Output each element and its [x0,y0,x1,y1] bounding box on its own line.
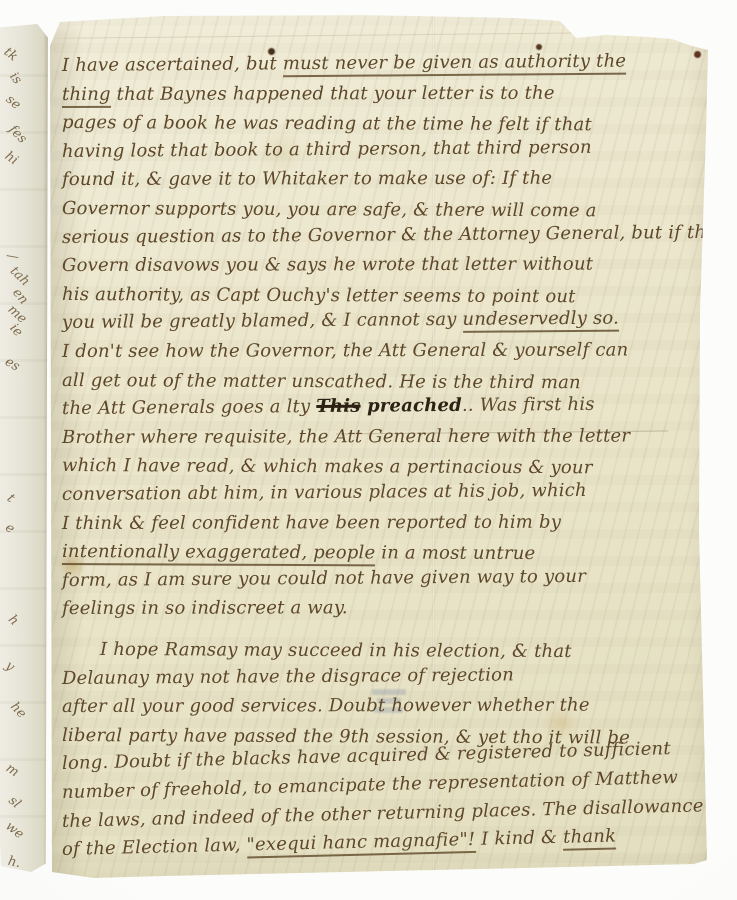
text-line: I have ascertained, but must never be gi… [62,52,626,77]
line-segment: This [316,396,360,417]
text-line: conversation abt him, in various places … [62,481,587,506]
line-segment: serious question as to the Governor & th… [62,221,717,247]
text-line: his authority, as Capt Ouchy's letter se… [62,285,576,308]
manuscript-scan: tkissefeshi—tahenmeieestehyhemslweh. I h… [0,0,737,900]
line-segment: after all your good services. Doubt howe… [62,695,590,717]
manuscript-page: I have ascertained, but must never be gi… [44,12,712,880]
line-segment: all get out of the matter unscathed. He … [62,370,581,393]
text-line: I don't see how the Governor, the Att Ge… [62,341,628,363]
line-segment: Delaunay may not have the disgrace of re… [62,664,514,689]
edge-fragment: tah [7,264,31,288]
text-line: serious question as to the Governor & th… [62,222,717,248]
text-line: Delaunay may not have the disgrace of re… [62,665,514,689]
line-segment: I hope Ramsay may succeed in his electio… [100,639,572,662]
line-segment: you will be greatly blamed, & I cannot s… [62,309,463,333]
edge-fragment: hi [2,150,20,168]
line-segment: .. Was first his [462,394,595,416]
line-segment: "exequi hanc magnafie"! [246,829,475,859]
edge-fragment: en [10,286,30,307]
line-segment: the Att Generals goes a lty [62,396,316,419]
text-line: form, as I am sure you could not have gi… [62,567,586,592]
line-segment: of the Election law, [62,835,247,861]
line-segment: in a most untrue [375,543,535,565]
text-line: the Att Generals goes a lty This preache… [62,395,595,420]
text-line: Brother where requisite, the Att General… [62,426,630,448]
line-segment: Brother where requisite, the Att General… [62,425,630,447]
text-line: which I have read, & which makes a perti… [62,456,593,479]
edge-fragment: y [3,659,17,674]
text-line: intentionally exaggerated, people in a m… [62,542,535,565]
text-line: all get out of the matter unscathed. He … [62,371,581,394]
line-segment: thing [62,83,111,107]
text-line: thing that Baynes happened that your let… [62,83,555,105]
text-line: I think & feel confident have been repor… [62,512,561,534]
edge-fragment: we [3,820,26,842]
line-segment: Govern disavows you & says he wrote that… [62,254,593,276]
edge-fragment: se [4,93,23,112]
line-segment: having lost that book to a third person,… [62,137,592,162]
line-segment: found it, & gave it to Whitaker to make … [62,168,552,190]
line-segment: Governor supports you, you are safe, & t… [62,198,597,221]
edge-fragment: he [8,700,28,721]
text-line: pages of a book he was reading at the ti… [62,113,592,136]
edge-fragment: — [5,249,20,264]
line-segment: conversation abt him, in various places … [62,480,587,505]
text-line: found it, & gave it to Whitaker to make … [62,169,552,191]
line-segment: which I have read, & which makes a perti… [62,455,593,478]
manuscript-lines: I have ascertained, but must never be gi… [44,12,712,880]
edge-fragment: sl [6,794,23,811]
line-segment: that Baynes happened that your letter is… [111,82,555,104]
text-line: I hope Ramsay may succeed in his electio… [100,640,572,663]
text-line: Governor supports you, you are safe, & t… [62,199,597,222]
line-segment: I think & feel confident have been repor… [62,511,561,533]
edge-fragment: fes [6,123,29,146]
edge-fragment: es [3,355,22,373]
line-segment: form, as I am sure you could not have gi… [62,566,586,591]
text-line: you will be greatly blamed, & I cannot s… [62,309,619,334]
text-line: after all your good services. Doubt howe… [62,696,590,718]
text-line: feelings in so indiscreet a way. [62,599,348,620]
line-segment: pages of a book he was reading at the ti… [62,112,592,135]
edge-fragment: t [4,492,16,505]
edge-fragment: ie [7,322,25,340]
line-segment: thank [563,826,617,851]
edge-fragment: tk [1,45,19,63]
line-segment: feelings in so indiscreet a way. [62,598,348,620]
line-segment: I have ascertained, but [62,53,283,76]
edge-fragment: e [3,521,17,536]
edge-fragment: m [3,762,20,780]
text-line: having lost that book to a third person,… [62,138,592,163]
line-segment: intentionally exaggerated, people [62,541,375,566]
text-line: Govern disavows you & says he wrote that… [62,255,593,277]
adjacent-page-edge: tkissefeshi—tahenmeieestehyhemslweh. [0,24,52,872]
line-segment: I don't see how the Governor, the Att Ge… [62,340,628,362]
text-line: of the Election law, "exequi hanc magnaf… [62,827,617,861]
edge-fragment: is [7,70,24,87]
line-segment: preached [360,395,462,417]
line-segment: undeservedly so. [462,308,619,333]
line-segment: must never be given as authority the [283,51,627,78]
edge-fragment: h [6,613,21,628]
line-segment: his authority, as Capt Ouchy's letter se… [62,284,576,307]
line-segment: I kind & [475,827,563,850]
edge-fragment: me [5,303,29,326]
